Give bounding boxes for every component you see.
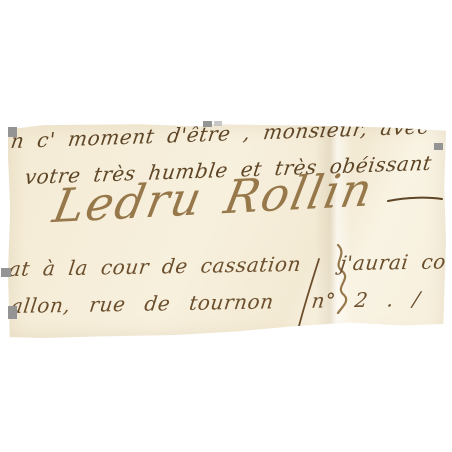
torn-edge-artifact [8, 306, 17, 319]
manuscript-paper: n c' moment d'être , monsieur, avec votr… [8, 123, 446, 338]
photo-canvas: n c' moment d'être , monsieur, avec votr… [0, 0, 452, 452]
closing-dash-stroke [388, 198, 442, 201]
handwriting-line-3: at à la cour de cassation j'aurai conti [8, 249, 452, 281]
torn-edge-artifact [1, 268, 11, 277]
torn-edge-artifact [214, 121, 222, 126]
torn-edge-artifact [8, 127, 17, 137]
torn-edge-artifact [434, 143, 443, 150]
handwriting-line-4: allon, rue de tournon n° 2 . / [10, 287, 422, 318]
torn-edge-artifact [203, 121, 212, 127]
